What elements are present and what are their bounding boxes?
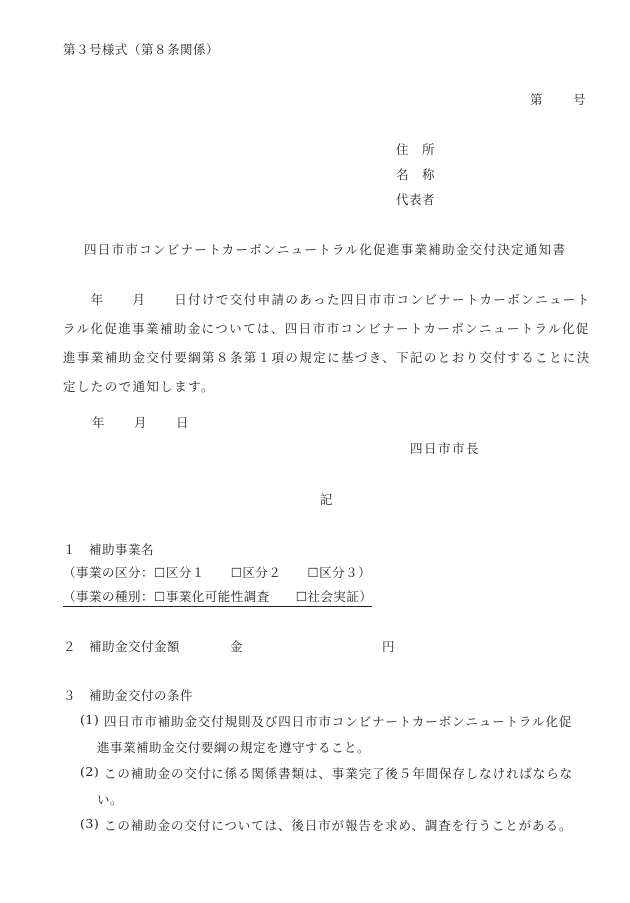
condition-2-num: (2)	[80, 764, 99, 779]
condition-3-num: (3)	[80, 816, 99, 831]
condition-3-text: この補助金の交付については、後日市が報告を求め、調査を行うことがある。	[104, 816, 572, 834]
condition-1-text: 四日市市補助金交付規則及び四日市市コンビナートカーボンニュートラル化促	[104, 712, 572, 730]
condition-2-text: この補助金の交付に係る関係書類は、事業完了後５年間保存しなければならな	[104, 764, 573, 782]
name-label: 名 称	[396, 165, 435, 183]
address-label: 住 所	[396, 140, 435, 158]
item1-type-line: （事業の種別：☐事業化可能性調査 ☐社会実証）	[63, 587, 372, 607]
condition-1-text-cont: 進事業補助金交付要綱の規定を遵守すること。	[97, 738, 370, 756]
ki-marker: 記	[320, 490, 333, 508]
doc-number-label-go: 号	[573, 90, 586, 108]
date-day: 日	[176, 413, 189, 431]
item1-category-line: （事業の区分：☐区分１ ☐区分２ ☐区分３）	[63, 563, 371, 581]
document-title: 四日市市コンビナートカーボンニュートラル化促進事業補助金交付決定通知書	[84, 240, 566, 258]
representative-label: 代表者	[396, 190, 435, 208]
condition-1-num: (1)	[80, 712, 99, 727]
issuer: 四日市市長	[410, 439, 480, 457]
condition-2-text-cont: い。	[97, 790, 123, 808]
date-month: 月	[134, 413, 147, 431]
item1-label: １ 補助事業名	[63, 540, 154, 558]
item3-label: ３ 補助金交付の条件	[63, 686, 193, 704]
item2-label: ２ 補助金交付金額	[63, 637, 180, 655]
item2-amount-prefix: 金	[230, 637, 243, 655]
body-paragraph: 年 月 日付けで交付申請のあった四日市市コンビナートカーボンニュートラル化促進事…	[63, 285, 593, 401]
doc-number-label-dai: 第	[530, 90, 543, 108]
date-year: 年	[92, 413, 105, 431]
form-number: 第３号様式（第８条関係）	[63, 40, 219, 58]
item2-amount-suffix: 円	[382, 637, 395, 655]
